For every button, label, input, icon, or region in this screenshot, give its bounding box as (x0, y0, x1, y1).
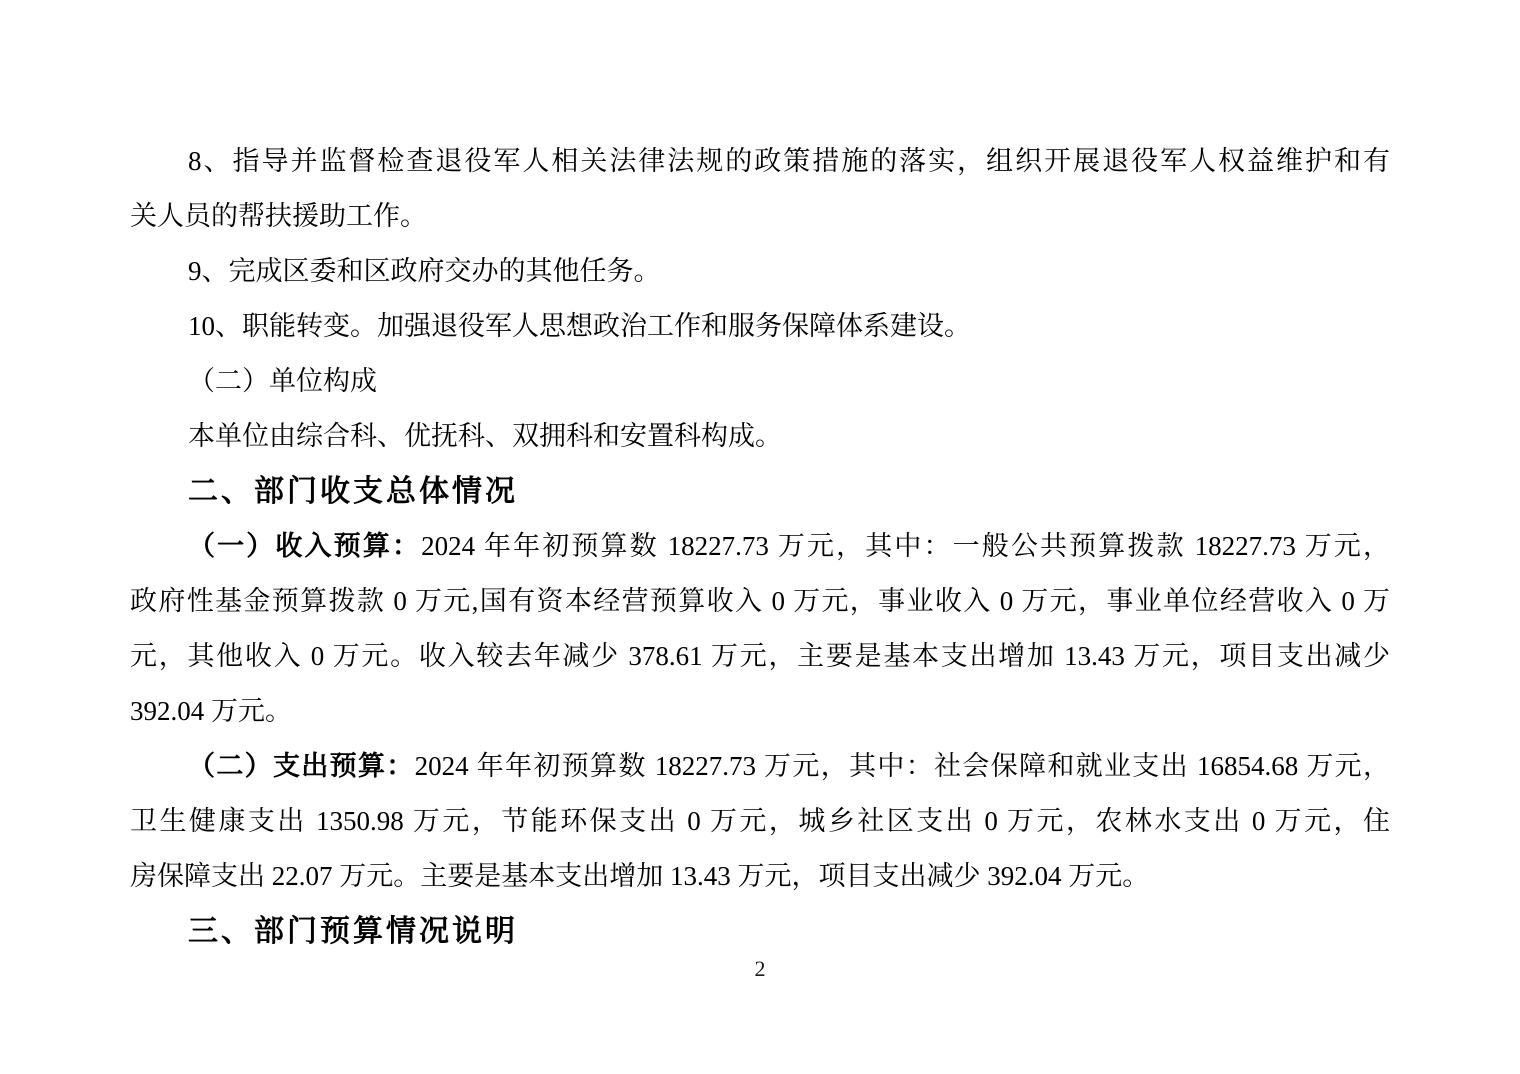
document-page: 8、指导并监督检查退役军人相关法律法规的政策措施的落实，组织开展退役军人权益维护… (0, 0, 1520, 1074)
income-budget-text1: 2024 年年初预算数 18227.73 万元，其中：一般公共预算拨款 1822… (421, 531, 1390, 561)
section-heading-budget-details: 三、部门预算情况说明 (130, 904, 1390, 959)
income-budget-line3: 元，其他收入 0 万元。收入较去年减少 378.61 万元，主要是基本支出增加 … (130, 629, 1390, 684)
expenditure-budget-line1: （二）支出预算：2024 年年初预算数 18227.73 万元，其中：社会保障和… (130, 739, 1390, 794)
income-budget-line1: （一）收入预算：2024 年年初预算数 18227.73 万元，其中：一般公共预… (130, 519, 1390, 574)
expenditure-budget-line3: 房保障支出 22.07 万元。主要是基本支出增加 13.43 万元，项目支出减少… (130, 849, 1390, 904)
task-item-9: 9、完成区委和区政府交办的其他任务。 (130, 244, 1390, 299)
page-number: 2 (0, 953, 1520, 985)
expenditure-budget-label: （二）支出预算： (188, 751, 415, 781)
subsection-heading-unit-composition: （二）单位构成 (130, 354, 1390, 409)
income-budget-label: （一）收入预算： (188, 531, 421, 561)
section-heading-budget-overview: 二、部门收支总体情况 (130, 464, 1390, 519)
income-budget-line2: 政府性基金预算拨款 0 万元,国有资本经营预算收入 0 万元，事业收入 0 万元… (130, 574, 1390, 629)
expenditure-budget-text1: 2024 年年初预算数 18227.73 万元，其中：社会保障和就业支出 168… (415, 751, 1390, 781)
document-body: 8、指导并监督检查退役军人相关法律法规的政策措施的落实，组织开展退役军人权益维护… (130, 134, 1390, 959)
task-item-10: 10、职能转变。加强退役军人思想政治工作和服务保障体系建设。 (130, 299, 1390, 354)
task-item-8-line2: 关人员的帮扶援助工作。 (130, 189, 1390, 244)
unit-composition-text: 本单位由综合科、优抚科、双拥科和安置科构成。 (130, 409, 1390, 464)
expenditure-budget-line2: 卫生健康支出 1350.98 万元，节能环保支出 0 万元，城乡社区支出 0 万… (130, 794, 1390, 849)
income-budget-line4: 392.04 万元。 (130, 684, 1390, 739)
task-item-8-line1: 8、指导并监督检查退役军人相关法律法规的政策措施的落实，组织开展退役军人权益维护… (130, 134, 1390, 189)
